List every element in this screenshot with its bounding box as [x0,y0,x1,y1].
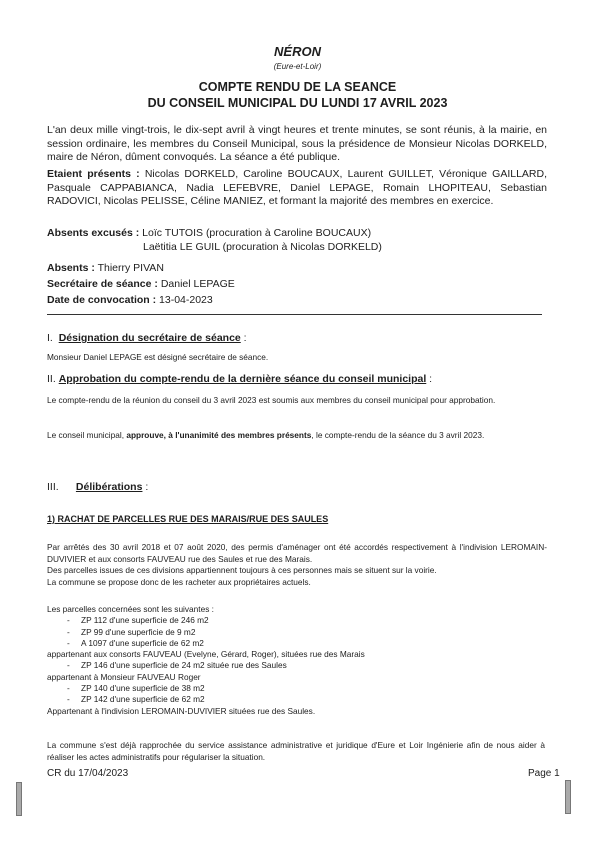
section-1-number: I. [47,332,53,344]
document-title-line2: DU CONSEIL MUNICIPAL DU LUNDI 17 AVRIL 2… [0,96,595,110]
parcel-item: ZP 146 d'une superficie de 24 m2 située … [67,660,547,671]
absent-members: Absents : Thierry PIVAN [47,262,547,276]
section-2-suffix: : [426,373,432,385]
convocation-value: 13-04-2023 [159,294,213,306]
scan-mark-right [565,780,571,814]
scan-mark-left [16,782,22,816]
department: (Eure-et-Loir) [0,62,595,71]
parcel-group-3: ZP 140 d'une superficie de 38 m2 ZP 142 … [47,683,547,706]
secretary-label: Secrétaire de séance : [47,278,158,290]
section-2-number: II. [47,373,56,385]
parcel-group-1: ZP 112 d'une superficie de 246 m2 ZP 99 … [47,615,547,649]
deliberation-1-title-text: 1) RACHAT DE PARCELLES RUE DES MARAIS/RU… [47,514,328,524]
section-2-title: Approbation du compte-rendu de la derniè… [59,373,427,385]
deliberation-1-context: Par arrêtés des 30 avril 2018 et 07 août… [47,542,547,588]
section-1-heading: I. Désignation du secrétaire de séance : [47,332,247,344]
section-1-body: Monsieur Daniel LEPAGE est désigné secré… [47,352,547,364]
parcel-list: Les parcelles concernées sont les suivan… [47,604,547,717]
parcel-item: ZP 140 d'une superficie de 38 m2 [67,683,547,694]
section-2-body1: Le compte-rendu de la réunion du conseil… [47,395,537,407]
section-2-body2-post: , le compte-rendu de la séance du 3 avri… [311,430,484,440]
present-members: Etaient présents : Nicolas DORKELD, Caro… [47,168,547,209]
deliberation-1-title: 1) RACHAT DE PARCELLES RUE DES MARAIS/RU… [47,514,328,524]
footer-reference: CR du 17/04/2023 [47,768,128,779]
parcel-group-2-owner: appartenant à Monsieur FAUVEAU Roger [47,672,547,683]
section-3-suffix: : [142,481,148,493]
document-title-line1: COMPTE RENDU DE LA SEANCE [0,80,595,94]
parcel-item: ZP 99 d'une superficie de 9 m2 [67,627,547,638]
section-1-suffix: : [241,332,247,344]
divider [47,314,542,315]
deliberation-1-para2: Des parcelles issues de ces divisions ap… [47,565,547,577]
section-3-heading: III. Délibérations : [47,481,148,493]
section-2-heading: II. Approbation du compte-rendu de la de… [47,373,432,385]
section-2-body2: Le conseil municipal, approuve, à l'unan… [47,430,547,442]
secretary: Secrétaire de séance : Daniel LEPAGE [47,278,547,292]
parcel-group-2: ZP 146 d'une superficie de 24 m2 située … [47,660,547,671]
parcel-item: ZP 112 d'une superficie de 246 m2 [67,615,547,626]
absent-list: Thierry PIVAN [98,262,164,274]
convocation-label: Date de convocation : [47,294,156,306]
section-3-title: Délibérations [76,481,143,493]
intro-paragraph: L'an deux mille vingt-trois, le dix-sept… [47,124,547,165]
page-number: Page 1 [528,768,560,779]
parcel-group-3-owner: Appartenant à l'indivision LEROMAIN-DUVI… [47,706,547,717]
parcel-item: ZP 142 d'une superficie de 62 m2 [67,694,547,705]
section-3-number: III. [47,481,73,493]
present-label: Etaient présents : [47,168,140,180]
parcel-group-1-owner: appartenant aux consorts FAUVEAU (Evelyn… [47,649,547,660]
convocation-date: Date de convocation : 13-04-2023 [47,294,547,308]
section-1-title: Désignation du secrétaire de séance [59,332,241,344]
excused-item: Loïc TUTOIS (procuration à Caroline BOUC… [142,227,371,239]
excused-item: Laëtitia LE GUIL (procuration à Nicolas … [143,241,382,253]
secretary-name: Daniel LEPAGE [161,278,235,290]
section-2-body2-bold: approuve, à l'unanimité des membres prés… [126,430,311,440]
town-name: NÉRON [0,44,595,59]
section-2-body2-pre: Le conseil municipal, [47,430,126,440]
deliberation-1-conclusion: La commune s'est déjà rapprochée du serv… [47,740,545,763]
deliberation-1-para3: La commune se propose donc de les rachet… [47,577,547,589]
parcel-item: A 1097 d'une superficie de 62 m2 [67,638,547,649]
absent-label: Absents : [47,262,95,274]
excused-label: Absents excusés : [47,227,139,239]
parcel-list-intro: Les parcelles concernées sont les suivan… [47,604,547,615]
deliberation-1-para1: Par arrêtés des 30 avril 2018 et 07 août… [47,542,547,565]
excused-members: Absents excusés : Loïc TUTOIS (procurati… [47,227,547,254]
